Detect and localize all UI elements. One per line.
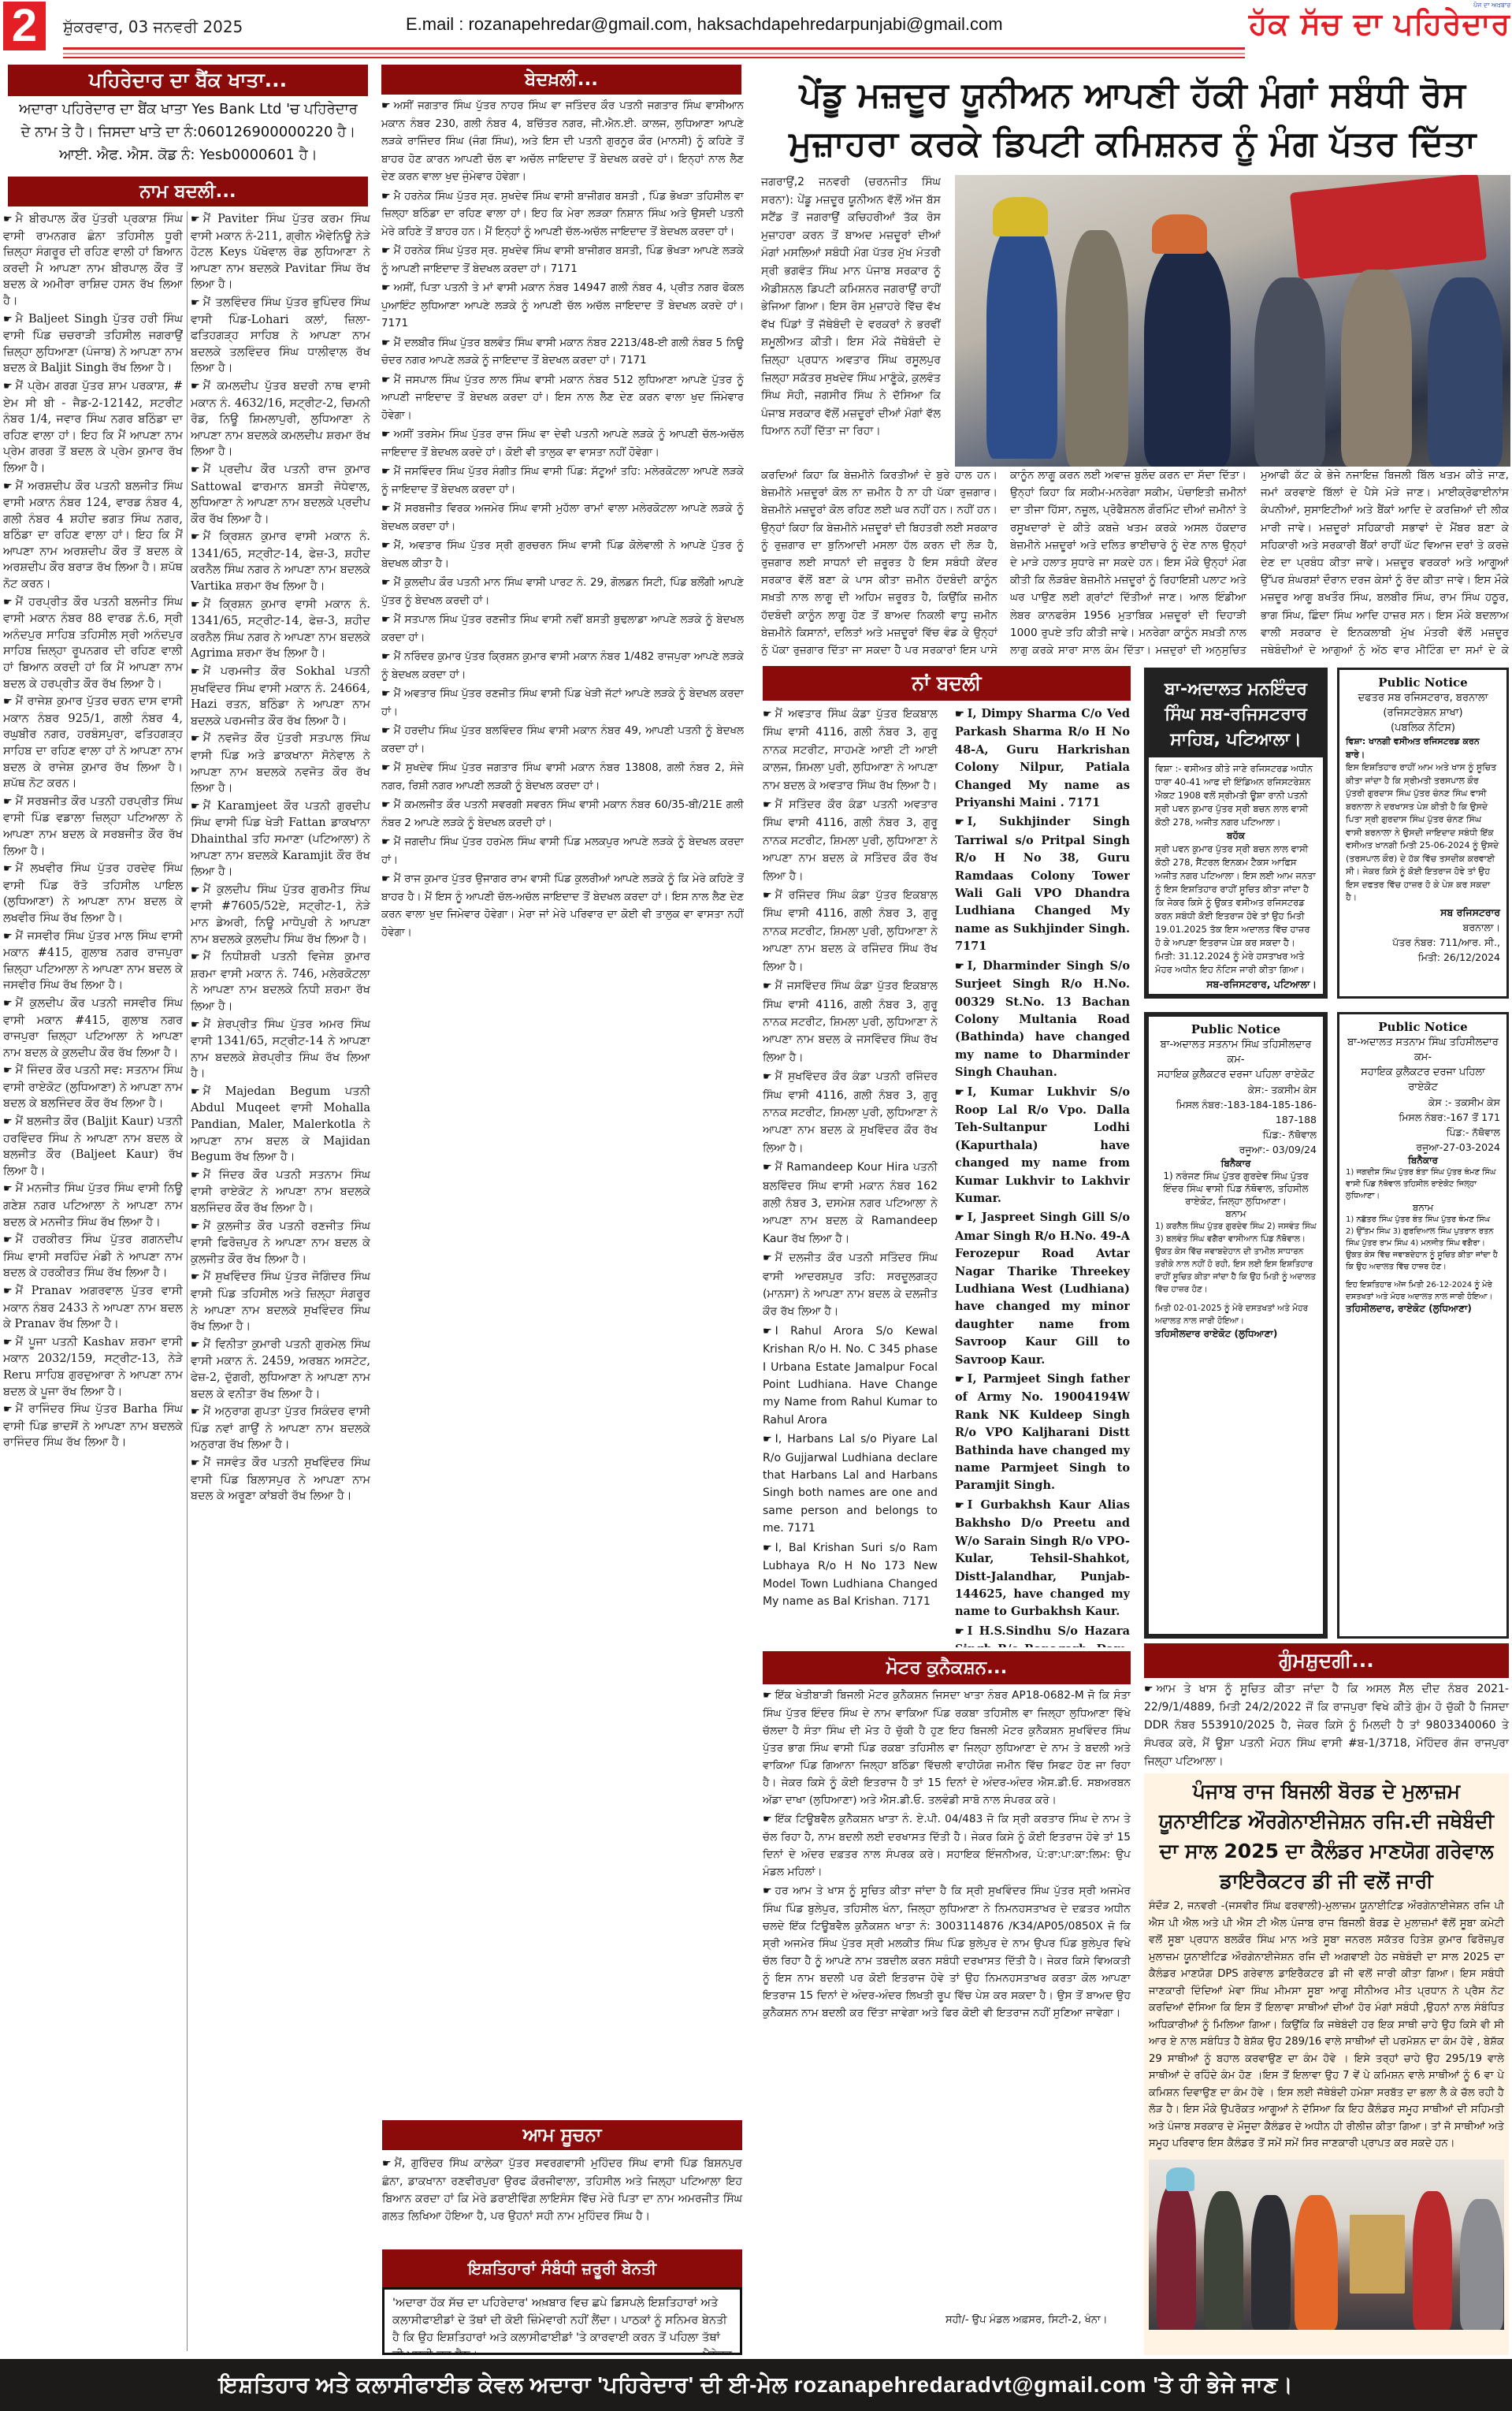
list-item: ☛ਅਸੀਂ ਤਰਸੇਮ ਸਿੰਘ ਪੁੱਤਰ ਰਾਜ ਸਿੰਘ ਵਾ ਦੇਵੀ … bbox=[381, 426, 744, 462]
name-change-2-column-2: ☛I, Dimpy Sharma C/o Ved Parkash Sharma … bbox=[955, 705, 1130, 1647]
pointing-hand-icon: ☛ bbox=[3, 931, 13, 943]
eviction-list: ☛ਅਸੀਂ ਜਗਤਾਰ ਸਿੰਘ ਪੁੱਤਰ ਨਾਹਰ ਸਿੰਘ ਵਾ ਜਤਿੰ… bbox=[381, 98, 744, 2076]
pointing-hand-icon: ☛ bbox=[382, 2158, 392, 2170]
footer-banner: ਇਸ਼ਤਿਹਾਰ ਅਤੇ ਕਲਾਸੀਫਾਈਡ ਕੇਵਲ ਅਦਾਰਾ 'ਪਹਿਰੇ… bbox=[0, 2359, 1512, 2411]
list-item: ☛ਮੈਂ ਹਰਪ੍ਰੀਤ ਕੌਰ ਪਤਨੀ ਬਲਜੀਤ ਸਿੰਘ ਵਾਸੀ ਮਕ… bbox=[3, 594, 183, 693]
name-change-2-title: ਨਾਂ ਬਦਲੀ bbox=[763, 666, 1131, 701]
bank-section-title: ਪਹਿਰੇਦਾਰ ਦਾ ਬੈਂਕ ਖਾਤਾ... bbox=[8, 65, 368, 96]
pointing-hand-icon: ☛ bbox=[955, 817, 964, 828]
name-change-2-column-1: ☛ਮੈਂ ਅਵਤਾਰ ਸਿੰਘ ਕੰਡਾ ਪੁੱਤਰ ਇਕਬਾਲ ਸਿੰਘ ਵਾ… bbox=[763, 705, 938, 1647]
list-item: ☛ਮੈਂ ਸਰਬਜੀਤ ਕੌਰ ਪਤਨੀ ਹਰਪ੍ਰੀਤ ਸਿੰਘ ਵਾਸੀ ਪ… bbox=[3, 794, 183, 859]
list-item: ☛ਮੈਂ ਨਵਜੋਤ ਕੌਰ ਪੁੱਤਰੀ ਸਤਪਾਲ ਸਿੰਘ ਵਾਸੀ ਪਿ… bbox=[191, 731, 370, 796]
list-item: ☛I, Sukhjinder Singh Tarriwal s/o Pritpa… bbox=[955, 813, 1130, 955]
pseb-headline: ਪੰਜਾਬ ਰਾਜ ਬਿਜਲੀ ਬੋਰਡ ਦੇ ਮੁਲਾਜ਼ਮ ਯੂਨਾਈਟਿਡ… bbox=[1144, 1773, 1509, 1896]
main-story-column-c: ਮੁਆਫੀ ਕੱਟ ਕੇ ਭੇਜੇ ਨਜਾਇਜ਼ ਬਿਜਲੀ ਬਿੱਲ ਖਤਮ … bbox=[1261, 467, 1509, 656]
list-item: ☛ਮੈਂ ਨਿਧੀਸ਼ਰੀ ਪਤਨੀ ਵਿਜੇਸ਼ ਕੁਮਾਰ ਸ਼ਰਮਾ ਵਾ… bbox=[191, 949, 370, 1014]
masthead-tagline: ਪੰਜ ਦਾ ਅਖ਼ਬਾਰ bbox=[1473, 2, 1510, 9]
name-change-column-2: ☛ਮੈਂ Paviter ਸਿੰਘ ਪੁੱਤਰ ਕਰਮ ਸਿੰਘ ਵਾਸੀ ਮਕ… bbox=[191, 211, 370, 2355]
list-item: ☛ਮੈਂ ਪ੍ਰੇਮ ਗਰਗ ਪੁੱਤਰ ਸ਼ਾਮ ਪਰਕਾਸ਼, # ਏਮ ਸ… bbox=[3, 378, 183, 477]
raikot-public-notice-2: Public Notice ਬਾ-ਅਦਾਲਤ ਸਤਨਾਮ ਸਿੰਘ ਤਹਿਸੀਲ… bbox=[1337, 1012, 1509, 1639]
pointing-hand-icon: ☛ bbox=[3, 796, 13, 808]
pointing-hand-icon: ☛ bbox=[3, 1234, 13, 1246]
list-item: ☛ਮੈਂ ਅਨੁਰਾਗ ਗੁਪਤਾ ਪੁੱਤਰ ਸਿਕੰਦਰ ਵਾਸੀ ਪਿੰਡ… bbox=[191, 1404, 370, 1453]
main-story-column-b: ਕਾਨੂੰਨ ਲਾਗੂ ਕਰਨ ਲਈ ਅਵਾਜ਼ ਬੁਲੰਦ ਕਰਨ ਦਾ ਸੱ… bbox=[1010, 467, 1246, 656]
pointing-hand-icon: ☛ bbox=[763, 1252, 772, 1264]
list-item: ☛ਮੈਂ ਜਸਪਾਲ ਸਿੰਘ ਪੁੱਤਰ ਲਾਲ ਸਿੰਘ ਵਾਸੀ ਮਕਾਨ… bbox=[381, 372, 744, 426]
pointing-hand-icon: ☛ bbox=[3, 1116, 13, 1128]
list-item: ☛I Gurbakhsh Kaur Alias Bakhsho D/o Pree… bbox=[955, 1497, 1130, 1621]
patiala-court-notice: ਬਾ-ਅਦਾਲਤ ਮਨਇੰਦਰ ਸਿੰਘ ਸਬ-ਰਜਿਸਟਰਾਰ ਸਾਹਿਬ, … bbox=[1144, 668, 1328, 999]
photo-turban bbox=[1166, 2167, 1194, 2191]
masthead-logo: ਹੱਕ ਸੱਚ ਦਾ ਪਹਿਰੇਦਾਰ bbox=[1249, 6, 1509, 57]
pointing-hand-icon: ☛ bbox=[191, 951, 200, 963]
pointing-hand-icon: ☛ bbox=[191, 733, 200, 745]
list-item: ☛ਮੈਂ ਅਰਸ਼ਦੀਪ ਕੌਰ ਪਤਨੀ ਬਲਜੀਤ ਸਿੰਘ ਵਾਸੀ ਮਕ… bbox=[3, 478, 183, 593]
list-item: ☛I, Dimpy Sharma C/o Ved Parkash Sharma … bbox=[955, 705, 1130, 812]
photo-figure bbox=[986, 222, 1057, 459]
pointing-hand-icon: ☛ bbox=[191, 1221, 200, 1233]
protest-photo bbox=[955, 175, 1510, 467]
list-item: ☛I, Jaspreet Singh Gill S/o Amar Singh R… bbox=[955, 1209, 1130, 1369]
union-banner bbox=[1290, 175, 1487, 279]
main-story-lead: ਜਗਰਾਉਂ,2 ਜਨਵਰੀ (ਚਰਨਜੀਤ ਸਿੰਘ ਸਰਨਾ): ਪੇਂਡੂ… bbox=[761, 173, 941, 465]
pointing-hand-icon: ☛ bbox=[763, 890, 772, 902]
list-item: ☛ਅਸੀਂ, ਪਿਤਾ ਪਤਨੀ ਤੇ ਮਾਂ ਵਾਸੀ ਮਕਾਨ ਨੰਬਰ 1… bbox=[381, 280, 744, 333]
list-item: ☛ਮੈਂ ਸੁਖਦੇਵ ਸਿੰਘ ਪੁੱਤਰ ਜਗਤਾਰ ਸਿੰਘ ਵਾਸੀ ਮ… bbox=[381, 760, 744, 795]
pointing-hand-icon: ☛ bbox=[381, 466, 391, 478]
pointing-hand-icon: ☛ bbox=[381, 762, 391, 774]
photo-figure bbox=[1204, 2191, 1243, 2330]
list-item: ☛ਮੈਂ ਹਰਕੀਰਤ ਸਿੰਘ ਪੁੱਤਰ ਗਗਨਦੀਪ ਸਿੰਘ ਵਾਸੀ … bbox=[3, 1232, 183, 1282]
header-rule bbox=[63, 47, 1245, 58]
list-item: ☛ਮੈਂ ਜਸਵੀਰ ਸਿੰਘ ਪੁੱਤਰ ਮਾਲ ਸਿੰਘ ਵਾਸੀ ਮਕਾਨ… bbox=[3, 928, 183, 994]
pointing-hand-icon: ☛ bbox=[3, 214, 13, 225]
list-item: ☛ਮੈਂ ਹਰਦੀਪ ਸਿੰਘ ਪੁੱਤਰ ਬਲਵਿੰਦਰ ਸਿੰਘ ਵਾਸੀ … bbox=[381, 723, 744, 758]
list-item: ☛I, Kumar Lukhvir S/o Roop Lal R/o Vpo. … bbox=[955, 1084, 1130, 1208]
list-item: ☛ਮੈਂ ਲਖਵੀਰ ਸਿੰਘ ਪੁੱਤਰ ਹਰਦੇਵ ਸਿੰਘ ਵਾਸੀ ਪਿ… bbox=[3, 861, 183, 926]
photo-figure bbox=[1065, 230, 1128, 467]
pointing-hand-icon: ☛ bbox=[3, 998, 13, 1010]
list-item: ☛ਮੈਂ ਰਾਜੇਸ਼ ਕੁਮਾਰ ਪੁੱਤਰ ਚਰਨ ਦਾਸ ਵਾਸੀ ਮਕਾ… bbox=[3, 694, 183, 792]
pointing-hand-icon: ☛ bbox=[191, 1019, 200, 1031]
pointing-hand-icon: ☛ bbox=[381, 799, 391, 811]
list-item: ☛ਮੈ ਹਰਨੇਕ ਸਿੰਘ ਪੁੱਤਰ ਸ੍ਰ. ਸੁਖਦੇਵ ਸਿੰਘ ਵਾ… bbox=[381, 188, 744, 242]
list-item: ☛ਮੈਂ ਅਵਤਾਰ ਸਿੰਘ ਪੁੱਤਰ ਰਣਜੀਤ ਸਿੰਘ ਵਾਸੀ ਪਿ… bbox=[381, 686, 744, 721]
calendar-release-photo bbox=[1149, 2160, 1504, 2330]
pointing-hand-icon: ☛ bbox=[955, 961, 964, 973]
photo-figure bbox=[1157, 2183, 1196, 2330]
disclaimer-box: 'ਅਦਾਰਾ ਹੱਕ ਸੱਚ ਦਾ ਪਹਿਰੇਦਾਰ' ਅਖ਼ਬਾਰ ਵਿਚ ਛ… bbox=[382, 2287, 742, 2355]
list-item: ☛ਮੈਂ ਹਰਨੇਕ ਸਿੰਘ ਪੁੱਤਰ ਸ੍ਰ. ਸੁਖਦੇਵ ਸਿੰਘ ਵ… bbox=[381, 243, 744, 278]
photo-figure bbox=[1460, 2199, 1503, 2330]
pointing-hand-icon: ☛ bbox=[191, 214, 200, 225]
contact-emails[interactable]: E.mail : rozanapehredar@gmail.com, haksa… bbox=[406, 14, 1003, 35]
general-notice-body: ☛ਮੈਂ, ਗੁਰਿੰਦਰ ਸਿੰਘ ਕਾਲੇਕਾ ਪੁੱਤਰ ਸਵਰਗਵਾਸੀ… bbox=[382, 2155, 742, 2225]
name-change-column-1: ☛ਮੈ ਬੀਰਪਾਲ ਕੌਰ ਪੁੱਤਰੀ ਪ੍ਰਕਾਸ਼ ਸਿੰਘ ਵਾਸੀ … bbox=[3, 211, 183, 2355]
eviction-section-title: ਬੇਦਖ਼ਲੀ... bbox=[381, 65, 741, 95]
pointing-hand-icon: ☛ bbox=[381, 503, 391, 515]
pointing-hand-icon: ☛ bbox=[3, 314, 13, 326]
pointing-hand-icon: ☛ bbox=[3, 481, 13, 493]
pointing-hand-icon: ☛ bbox=[191, 381, 200, 393]
missing-section-title: ਗੁੰਮਸ਼ੁਦਗੀ... bbox=[1144, 1643, 1509, 1678]
list-item: ☛ਮੈਂ ਅਵਤਾਰ ਸਿੰਘ ਕੰਡਾ ਪੁੱਤਰ ਇਕਬਾਲ ਸਿੰਘ ਵਾ… bbox=[763, 705, 938, 794]
pointing-hand-icon: ☛ bbox=[955, 1212, 964, 1224]
list-item: ☛ਮੈਂ ਨਰਿੰਦਰ ਕੁਮਾਰ ਪੁੱਤਰ ਕ੍ਰਿਸ਼ਨ ਕੁਮਾਰ ਵਾ… bbox=[381, 649, 744, 684]
pointing-hand-icon: ☛ bbox=[955, 1374, 964, 1386]
list-item: ☛ਮੈਂ ਜਸਵਿੰਦਰ ਸਿੰਘ ਪੁੱਤਰ ਸੰਗੀਤ ਸਿੰਘ ਵਾਸੀ … bbox=[381, 463, 744, 499]
list-item: ☛ਮੈਂ ਕ੍ਰਿਸ਼ਨ ਕੁਮਾਰ ਵਾਸੀ ਮਕਾਨ ਨੰ. 1341/65… bbox=[191, 529, 370, 594]
list-item: ☛ਮੈਂ ਜਸਵੰਤ ਕੌਰ ਪਤਨੀ ਸੁਖਵਿੰਦਰ ਸਿੰਘ ਵਾਸੀ ਪ… bbox=[191, 1455, 370, 1505]
pointing-hand-icon: ☛ bbox=[191, 464, 200, 476]
pointing-hand-icon: ☛ bbox=[763, 1434, 772, 1445]
list-item: ☛ਮੈਂ, ਅਵਤਾਰ ਸਿੰਘ ਪੁੱਤਰ ਸ੍ਰੀ ਗੁਰਚਰਨ ਸਿੰਘ … bbox=[381, 538, 744, 573]
pointing-hand-icon: ☛ bbox=[381, 540, 391, 552]
name-change-section-title: ਨਾਮ ਬਦਲੀ... bbox=[8, 177, 368, 206]
list-item: ☛ਮੈਂ ਕਮਲਜੀਤ ਕੌਰ ਪਤਨੀ ਸਵਰਗੀ ਸਵਰਨ ਸਿੰਘ ਵਾਸ… bbox=[381, 797, 744, 832]
motor-signature: ਸਹੀ/- ਉਪ ਮੰਡਲ ਅਫ਼ਸਰ, ਸਿਟੀ-2, ਖੰਨਾ। bbox=[945, 2314, 1107, 2326]
list-item: ☛ਮੈ Baljeet Singh ਪੁੱਤਰ ਹਰੀ ਸਿੰਘ ਵਾਸੀ ਪਿ… bbox=[3, 311, 183, 377]
list-item: ☛ਮੈਂ ਕਮਲਦੀਪ ਪੁੱਤਰ ਬਦਰੀ ਨਾਥ ਵਾਸੀ ਮਕਾਨ ਨੰ.… bbox=[191, 378, 370, 460]
pointing-hand-icon: ☛ bbox=[381, 688, 391, 700]
list-item: ☛ਮੈਂ ਸੁਖਵਿੰਦਰ ਸਿੰਘ ਪੁੱਤਰ ਜੋਗਿੰਦਰ ਸਿੰਘ ਵਾ… bbox=[191, 1269, 370, 1334]
pointing-hand-icon: ☛ bbox=[191, 531, 200, 543]
pointing-hand-icon: ☛ bbox=[191, 1339, 200, 1351]
list-item: ☛ਮੈਂ ਜਸਵਿੰਦਰ ਸਿੰਘ ਕੰਡਾ ਪੁੱਤਰ ਇਕਬਾਲ ਸਿੰਘ … bbox=[763, 977, 938, 1066]
bank-details: ਅਦਾਰਾ ਪਹਿਰੇਦਾਰ ਦਾ ਬੈਂਕ ਖਾਤਾ Yes Bank Ltd… bbox=[5, 98, 372, 166]
pointing-hand-icon: ☛ bbox=[763, 1814, 772, 1825]
pseb-body: ਸੰਦੌੜ 2, ਜਨਵਰੀ -(ਜਸਵੀਰ ਸਿੰਘ ਫਰਵਾਲੀ)-ਮੁਲਾ… bbox=[1144, 1896, 1509, 2156]
photo-figure bbox=[1341, 270, 1412, 467]
list-item: ☛I H.S.Sindhu S/o Hazara Singh R/o Ranag… bbox=[955, 1623, 1130, 1647]
pointing-hand-icon: ☛ bbox=[1144, 1684, 1154, 1695]
pointing-hand-icon: ☛ bbox=[381, 725, 391, 737]
list-item: ☛I, Dharminder Singh S/o Surjeet Singh R… bbox=[955, 958, 1130, 1082]
bank-line-1: ਅਦਾਰਾ ਪਹਿਰੇਦਾਰ ਦਾ ਬੈਂਕ ਖਾਤਾ Yes Bank Ltd… bbox=[5, 98, 372, 121]
pointing-hand-icon: ☛ bbox=[191, 1271, 200, 1283]
photo-figure bbox=[1428, 277, 1503, 467]
pointing-hand-icon: ☛ bbox=[381, 245, 391, 257]
column-divider bbox=[187, 211, 188, 2351]
page-header: 2 ਸ਼ੁੱਕਰਵਾਰ, 03 ਜਨਵਰੀ 2025 E.mail : roza… bbox=[0, 0, 1512, 63]
list-item: ☛I, Parmjeet Singh father of Army No. 19… bbox=[955, 1371, 1130, 1495]
list-item: ☛ਮੈਂ ਸਰਬਜੀਤ ਵਿਰਕ ਅਜਮੇਰ ਸਿੰਘ ਵਾਸੀ ਮੁਹੱਲਾ … bbox=[381, 500, 744, 536]
calendar-frame bbox=[1350, 2215, 1405, 2294]
list-item: ☛ਮੈਂ ਕੁਲਦੀਪ ਕੌਰ ਪਤਨੀ ਜਸਵੀਰ ਸਿੰਘ ਵਾਸੀ ਮਕਾ… bbox=[3, 995, 183, 1061]
pointing-hand-icon: ☛ bbox=[381, 614, 391, 626]
list-item: ☛ਇੱਕ ਖੇਤੀਬਾੜੀ ਬਿਜਲੀ ਮੋਟਰ ਕੁਨੈਕਸ਼ਨ ਜਿਸਦਾ … bbox=[763, 1687, 1131, 1809]
list-item: ☛ਮੈਂ ਸੁਖਵਿੰਦਰ ਕੌਰ ਕੰਡਾ ਪਤਨੀ ਰਜਿੰਦਰ ਸਿੰਘ … bbox=[763, 1068, 938, 1157]
barnala-public-notice: Public Notice ਦਫਤਰ ਸਬ ਰਜਿਸਟਰਾਰ, ਬਰਨਾਲਾ (… bbox=[1337, 668, 1509, 999]
photo-turban bbox=[1152, 214, 1207, 254]
pointing-hand-icon: ☛ bbox=[191, 801, 200, 813]
list-item: ☛ਮੈਂ Karamjeet ਕੌਰ ਪਤਨੀ ਗੁਰਦੀਪ ਸਿੰਘ ਵਾਸੀ… bbox=[191, 798, 370, 880]
motor-connection-title: ਮੋਟਰ ਕੁਨੈਕਸ਼ਨ... bbox=[763, 1651, 1131, 1684]
general-notice-title: ਆਮ ਸੂਚਨਾ bbox=[382, 2120, 742, 2150]
pointing-hand-icon: ☛ bbox=[381, 429, 391, 441]
list-item: ☛I, Harbans Lal s/o Piyare Lal R/o Gujja… bbox=[763, 1431, 938, 1537]
pointing-hand-icon: ☛ bbox=[191, 666, 200, 678]
pointing-hand-icon: ☛ bbox=[191, 1406, 200, 1418]
pointing-hand-icon: ☛ bbox=[381, 191, 391, 203]
list-item: ☛ਮੈਂ ਵਿਨੀਤਾ ਕੁਮਾਰੀ ਪਤਨੀ ਗੁਰਮੇਲ ਸਿੰਘ ਵਾਸੀ… bbox=[191, 1337, 370, 1402]
pointing-hand-icon: ☛ bbox=[381, 577, 391, 589]
pointing-hand-icon: ☛ bbox=[381, 873, 391, 885]
list-item: ☛ਮੈਂ ਤਲਵਿੰਦਰ ਸਿੰਘ ਪੁੱਤਰ ਭੁਪਿੰਦਰ ਸਿੰਘ ਵਾਸ… bbox=[191, 295, 370, 377]
list-item: ☛ਮੈਂ ਰਾਜ ਕੁਮਾਰ ਪੁੱਤਰ ਉਜਾਗਰ ਰਾਮ ਵਾਸੀ ਪਿੰਡ… bbox=[381, 871, 744, 942]
photo-figure bbox=[1251, 2195, 1291, 2330]
pointing-hand-icon: ☛ bbox=[3, 1183, 13, 1195]
pointing-hand-icon: ☛ bbox=[763, 1542, 772, 1554]
pointing-hand-icon: ☛ bbox=[3, 1065, 13, 1077]
list-item: ☛ਮੈਂ ਕੁਲਜੀਤ ਕੌਰ ਪਤਨੀ ਰਣਜੀਤ ਸਿੰਘ ਵਾਸੀ ਫਿਰ… bbox=[191, 1219, 370, 1268]
pointing-hand-icon: ☛ bbox=[763, 1071, 772, 1083]
pointing-hand-icon: ☛ bbox=[191, 297, 200, 309]
pointing-hand-icon: ☛ bbox=[763, 1326, 772, 1338]
pointing-hand-icon: ☛ bbox=[381, 282, 391, 294]
main-story-column-a: ਕਰਦਿਆਂ ਕਿਹਾ ਕਿ ਬੇਜ਼ਮੀਨੇ ਕਿਰਤੀਆਂ ਦੇ ਬੁਰੇ … bbox=[761, 467, 997, 656]
photo-turban bbox=[993, 197, 1048, 236]
list-item: ☛ਮੈਂ ਜਗਦੀਪ ਸਿੰਘ ਪੁੱਤਰ ਹਰਮੇਲ ਸਿੰਘ ਵਾਸੀ ਪਿ… bbox=[381, 834, 744, 869]
list-item: ☛ਮੈਂ ਕੁਲਦੀਪ ਸਿੰਘ ਪੁੱਤਰ ਗੁਰਮੀਤ ਸਿੰਘ ਵਾਸੀ … bbox=[191, 882, 370, 947]
pointing-hand-icon: ☛ bbox=[955, 1087, 964, 1099]
list-item: ☛ਮੈਂ ਪੂਜਾ ਪਤਨੀ Kashav ਸ਼ਰਮਾ ਵਾਸੀ ਮਕਾਨ 20… bbox=[3, 1334, 183, 1400]
bank-line-3: ਆਈ. ਐਫ. ਐਸ. ਕੋਡ ਨੰ: Yesb0000601 ਹੈ। bbox=[5, 143, 372, 166]
pointing-hand-icon: ☛ bbox=[763, 799, 772, 811]
list-item: ☛ਅਸੀਂ ਜਗਤਾਰ ਸਿੰਘ ਪੁੱਤਰ ਨਾਹਰ ਸਿੰਘ ਵਾ ਜਤਿੰ… bbox=[381, 98, 744, 187]
list-item: ☛ਮੈ ਬੀਰਪਾਲ ਕੌਰ ਪੁੱਤਰੀ ਪ੍ਰਕਾਸ਼ ਸਿੰਘ ਵਾਸੀ … bbox=[3, 211, 183, 310]
list-item: ☛ਹਰ ਆਮ ਤੇ ਖਾਸ ਨੂੰ ਸੂਚਿਤ ਕੀਤਾ ਜਾਂਦਾ ਹੈ ਕਿ… bbox=[763, 1882, 1131, 2022]
pointing-hand-icon: ☛ bbox=[191, 1170, 200, 1181]
list-item: ☛ਮੈਂ ਕੁਲਦੀਪ ਕੌਰ ਪਤਨੀ ਮਾਨ ਸਿੰਘ ਵਾਸੀ ਪਾਰਟ … bbox=[381, 575, 744, 610]
pointing-hand-icon: ☛ bbox=[381, 651, 391, 663]
pointing-hand-icon: ☛ bbox=[763, 709, 772, 720]
raikot-public-notice-1: Public Notice ਬਾ-ਅਦਾਲਤ ਸਤਨਾਮ ਸਿੰਘ ਤਹਿਸੀਲ… bbox=[1144, 1012, 1328, 1639]
page-number: 2 bbox=[3, 2, 46, 50]
list-item: ☛I, Bal Krishan Suri s/o Ram Lubhaya R/o… bbox=[763, 1539, 938, 1611]
pointing-hand-icon: ☛ bbox=[3, 381, 13, 393]
list-item: ☛ਮੈਂ Paviter ਸਿੰਘ ਪੁੱਤਰ ਕਰਮ ਸਿੰਘ ਵਾਸੀ ਮਕ… bbox=[191, 211, 370, 293]
list-item: ☛ਇੱਕ ਟਿਊਬਵੈਲ ਕੁਨੈਕਸ਼ਨ ਖਾਤਾ ਨੰ. ਏ.ਪੀ. 04/… bbox=[763, 1810, 1131, 1881]
main-headline: ਪੇਂਡੂ ਮਜ਼ਦੂਰ ਯੂਨੀਅਨ ਆਪਣੀ ਹੱਕੀ ਮੰਗਾਂ ਸਬੰਧ… bbox=[756, 71, 1509, 169]
photo-figure bbox=[1254, 277, 1325, 467]
patiala-notice-heading: ਬਾ-ਅਦਾਲਤ ਮਨਇੰਦਰ ਸਿੰਘ ਸਬ-ਰਜਿਸਟਰਾਰ ਸਾਹਿਬ, … bbox=[1149, 672, 1323, 757]
pointing-hand-icon: ☛ bbox=[191, 1457, 200, 1469]
list-item: ☛ਮੈਂ ਜਿੰਦਰ ਕੌਰ ਪਤਨੀ ਸਤਨਾਮ ਸਿੰਘ ਵਾਸੀ ਰਾਏਕ… bbox=[191, 1167, 370, 1217]
list-item: ☛ਮੈਂ ਰਜਿੰਦਰ ਸਿੰਘ ਕੰਡਾ ਪੁੱਤਰ ਇਕਬਾਲ ਸਿੰਘ ਵ… bbox=[763, 887, 938, 976]
pointing-hand-icon: ☛ bbox=[3, 1404, 13, 1416]
list-item: ☛ਮੈਂ ਦਲਜੀਤ ਕੌਰ ਪਤਨੀ ਸਤਿੰਦਰ ਸਿੰਘ ਵਾਸੀ ਆਦਰ… bbox=[763, 1249, 938, 1321]
missing-notice-body: ☛ਆਮ ਤੇ ਖਾਸ ਨੂੰ ਸੂਚਿਤ ਕੀਤਾ ਜਾਂਦਾ ਹੈ ਕਿ ਅਸ… bbox=[1144, 1680, 1509, 1771]
pointing-hand-icon: ☛ bbox=[3, 1285, 13, 1297]
photo-figure bbox=[1144, 246, 1231, 467]
pointing-hand-icon: ☛ bbox=[955, 1626, 964, 1638]
issue-date: ਸ਼ੁੱਕਰਵਾਰ, 03 ਜਨਵਰੀ 2025 bbox=[63, 17, 243, 36]
pointing-hand-icon: ☛ bbox=[763, 1162, 772, 1174]
pointing-hand-icon: ☛ bbox=[191, 1086, 200, 1098]
disclaimer-title: ਇਸ਼ਤਿਹਾਰਾਂ ਸੰਬੰਧੀ ਜ਼ਰੂਰੀ ਬੇਨਤੀ bbox=[382, 2249, 742, 2287]
pointing-hand-icon: ☛ bbox=[3, 696, 13, 708]
list-item: ☛ਮੈਂ ਜਿੰਦਰ ਕੌਰ ਪਤਨੀ ਸਵ: ਸਤਨਾਮ ਸਿੰਘ ਵਾਸੀ … bbox=[3, 1062, 183, 1112]
pointing-hand-icon: ☛ bbox=[3, 863, 13, 875]
pointing-hand-icon: ☛ bbox=[191, 599, 200, 611]
list-item: ☛ਮੈਂ ਕ੍ਰਿਸ਼ਨ ਕੁਮਾਰ ਵਾਸੀ ਮਕਾਨ ਨੰ. 1341/65… bbox=[191, 597, 370, 662]
list-item: ☛ਮੈਂ ਸ਼ੇਰਪ੍ਰੀਤ ਸਿੰਘ ਪੁੱਤਰ ਅਮਰ ਸਿੰਘ ਵਾਸੀ … bbox=[191, 1017, 370, 1082]
pseb-story-panel: ਪੰਜਾਬ ਰਾਜ ਬਿਜਲੀ ਬੋਰਡ ਦੇ ਮੁਲਾਜ਼ਮ ਯੂਨਾਈਟਿਡ… bbox=[1144, 1773, 1509, 2355]
list-item: ☛ਮੈਂ ਰਾਜਿੰਦਰ ਸਿੰਘ ਪੁੱਤਰ Barha ਸਿੰਘ ਵਾਸੀ … bbox=[3, 1401, 183, 1451]
pointing-hand-icon: ☛ bbox=[955, 1500, 964, 1512]
list-item: ☛ਮੈਂ ਪ੍ਰਦੀਪ ਕੌਰ ਪਤਨੀ ਰਾਜ ਕੁਮਾਰ Sattowal … bbox=[191, 462, 370, 527]
list-item: ☛ਮੈਂ ਮਨਜੀਤ ਸਿੰਘ ਪੁੱਤਰ ਸਿੰਘ ਵਾਸੀ ਨਿਊ ਗਣੇਸ… bbox=[3, 1181, 183, 1230]
pointing-hand-icon: ☛ bbox=[381, 374, 391, 386]
pointing-hand-icon: ☛ bbox=[763, 1690, 772, 1702]
pointing-hand-icon: ☛ bbox=[763, 980, 772, 992]
pointing-hand-icon: ☛ bbox=[191, 884, 200, 896]
list-item: ☛ਮੈਂ Pranav ਅਗਰਵਾਲ ਪੁੱਤਰ ਵਾਸੀ ਮਕਾਨ ਨੰਬਰ … bbox=[3, 1283, 183, 1333]
list-item: ☛ਮੈਂ ਸਤਪਾਲ ਸਿੰਘ ਪੁੱਤਰ ਰਣਜੀਤ ਸਿੰਘ ਵਾਸੀ ਨਵ… bbox=[381, 612, 744, 647]
bank-line-2: ਦੇ ਨਾਮ ਤੇ ਹੈ। ਜਿਸਦਾ ਖਾਤੇ ਦਾ ਨੰ:060126900… bbox=[5, 121, 372, 143]
photo-figure bbox=[1413, 2191, 1452, 2330]
list-item: ☛ਮੈਂ ਦਲਬੀਰ ਸਿੰਘ ਪੁੱਤਰ ਬਲਵੰਤ ਸਿੰਘ ਵਾਸੀ ਮਕ… bbox=[381, 335, 744, 370]
pointing-hand-icon: ☛ bbox=[3, 597, 13, 608]
list-item: ☛ਮੈਂ ਪਰਮਜੀਤ ਕੌਰ Sokhal ਪਤਨੀ ਸੁਖਵਿੰਦਰ ਸਿੰ… bbox=[191, 664, 370, 729]
list-item: ☛ਮੈਂ Majedan Begum ਪਤਨੀ Abdul Muqeet ਵਾਸ… bbox=[191, 1084, 370, 1166]
pointing-hand-icon: ☛ bbox=[3, 1337, 13, 1349]
pointing-hand-icon: ☛ bbox=[381, 836, 391, 848]
pointing-hand-icon: ☛ bbox=[763, 1885, 772, 1897]
list-item: ☛ਮੈਂ Ramandeep Kour Hira ਪਤਨੀ ਬਲਵਿੰਦਰ ਸਿ… bbox=[763, 1159, 938, 1248]
pointing-hand-icon: ☛ bbox=[955, 709, 964, 720]
list-item: ☛ਮੈਂ ਸਤਿੰਦਰ ਕੌਰ ਕੰਡਾ ਪਤਨੀ ਅਵਤਾਰ ਸਿੰਘ ਵਾਸ… bbox=[763, 796, 938, 885]
pointing-hand-icon: ☛ bbox=[381, 100, 391, 112]
photo-figure bbox=[1295, 2195, 1338, 2330]
pointing-hand-icon: ☛ bbox=[381, 337, 391, 349]
list-item: ☛I Rahul Arora S/o Kewal Krishan R/o H. … bbox=[763, 1323, 938, 1429]
motor-connection-list: ☛ਇੱਕ ਖੇਤੀਬਾੜੀ ਬਿਜਲੀ ਮੋਟਰ ਕੁਨੈਕਸ਼ਨ ਜਿਸਦਾ … bbox=[763, 1687, 1131, 2317]
list-item: ☛ਮੈਂ ਬਲਜੀਤ ਕੌਰ (Baljit Kaur) ਪਤਨੀ ਹਰਵਿੰਦ… bbox=[3, 1114, 183, 1179]
